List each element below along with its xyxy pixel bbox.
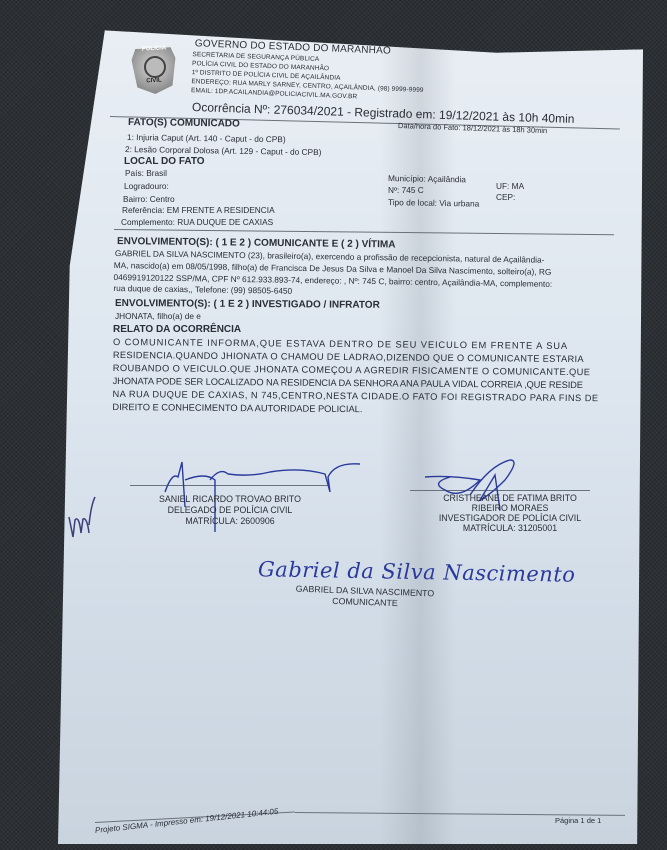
delegado-role: DELEGADO DE POLÍCIA CIVIL — [130, 505, 330, 516]
investigador-name: CRISTHEANE DE FATIMA BRITO — [410, 493, 610, 504]
infrator-title: ENVOLVIMENTO(S): ( 1 E 2 ) INVESTIGADO /… — [115, 298, 380, 311]
delegado-name: SANIEL RICARDO TROVAO BRITO — [130, 494, 330, 505]
local-municipio: Município: Açailândia — [388, 173, 466, 184]
investigador-matricula: MATRÍCULA: 31205001 — [410, 523, 610, 534]
local-uf: UF: MA — [496, 181, 524, 191]
footer-page-number: Página 1 de 1 — [555, 816, 601, 825]
local-tipo: Tipo de local: Via urbana — [388, 197, 479, 209]
vitima-line: rua duque de caxias,, Telefone: (99) 985… — [113, 283, 292, 296]
investigador-name-2: RIBEIRO MORAES — [410, 503, 610, 514]
police-report-document: POLICIA CIVIL GOVERNO DO ESTADO DO MARAN… — [0, 0, 667, 850]
local-numero: Nº: 745 C — [388, 185, 424, 195]
relato-title: RELATO DA OCORRÊNCIA — [113, 324, 241, 335]
comunicante-handwritten-signature: Gabriel da Silva Nascimento — [258, 557, 576, 587]
local-bairro: Bairro: Centro — [123, 194, 175, 204]
fato-item: 1: Injuria Caput (Art. 140 - Caput - do … — [127, 132, 286, 144]
investigador-role: INVESTIGADOR DE POLÍCIA CIVIL — [410, 513, 610, 524]
local-logradouro: Logradouro: — [124, 181, 169, 191]
divider — [114, 229, 614, 235]
local-complemento: Complemento: RUA DUQUE DE CAXIAS — [121, 217, 273, 227]
fatos-title: FATO(S) COMUNICADO — [128, 117, 240, 130]
initials-handwritten — [65, 495, 105, 545]
relato-line: DIREITO E CONHECIMENTO DA AUTORIDADE POL… — [112, 401, 362, 417]
infrator-line: JHONATA, filho(a) de e — [115, 311, 201, 321]
local-title: LOCAL DO FATO — [124, 156, 205, 167]
local-cep: CEP: — [496, 192, 515, 202]
delegado-matricula: MATRÍCULA: 2600906 — [130, 516, 330, 527]
local-pais: País: Brasil — [125, 168, 167, 178]
local-referencia: Referência: EM FRENTE A RESIDENCIA — [122, 205, 275, 215]
